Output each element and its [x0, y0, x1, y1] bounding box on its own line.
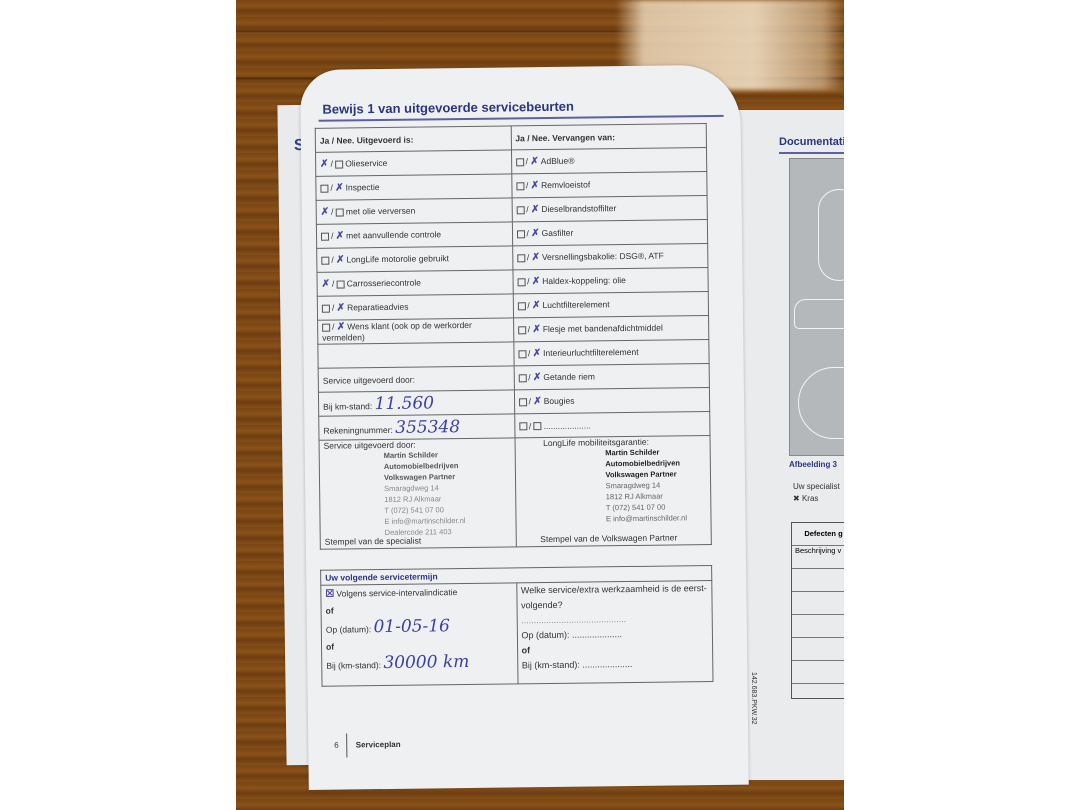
checked-no-icon[interactable]: ✗ [336, 254, 345, 265]
checked-no-icon[interactable]: ✗ [335, 182, 344, 193]
item-label: Olieservice [345, 158, 387, 169]
checkbox-yes[interactable] [518, 326, 526, 334]
item-label: Haldex-koppeling: olie [542, 275, 626, 286]
checked-no-icon[interactable]: ✗ [533, 348, 542, 359]
invoice-cell: Rekeningnummer: 355348 [319, 414, 515, 440]
next-question: Welke service/extra werkzaamheid is de e… [521, 581, 708, 613]
next-service-right: Welke service/extra werkzaamheid is de e… [516, 581, 713, 684]
item-label: Inspectie [346, 182, 380, 192]
date-row: Op (datum): 01-05-16 [326, 617, 513, 638]
legend-kras: ✖ Kras [793, 494, 818, 503]
item-label: met olie verversen [346, 206, 416, 217]
checkbox-yes[interactable] [519, 423, 527, 431]
checkbox-yes[interactable] [322, 304, 330, 312]
stamp-city: 1812 RJ Alkmaar [606, 492, 663, 502]
item-label: Versnellingsbakolie: DSG®, ATF [542, 251, 664, 262]
stamp-name: Martin Schilder [384, 450, 438, 460]
replaced-item: / ✗LongLife motorolie gebruikt [317, 246, 513, 272]
item-label: Dieselbrandstoffilter [541, 203, 616, 214]
car-side-outline [794, 299, 844, 329]
checkbox-yes[interactable] [519, 398, 527, 406]
service-by-label: Service uitgevoerd door: [323, 374, 415, 385]
right-km-label: Bij (km-stand): .................... [522, 656, 709, 673]
defects-row [792, 615, 844, 638]
right-title-rule [779, 152, 844, 154]
item-label: Bougies [544, 396, 575, 406]
replaced-item: / ✗Bougies [514, 388, 710, 414]
service-record-page: Bewijs 1 van uitgevoerde servicebeurten … [300, 65, 749, 790]
item-label: Reparatieadvies [347, 302, 409, 313]
checkbox-yes[interactable] [322, 323, 330, 331]
page-footer: 6Serviceplan [334, 733, 401, 758]
checkbox-yes[interactable] [321, 256, 329, 264]
checked-no-icon[interactable]: ✗ [337, 321, 346, 332]
checkbox-yes[interactable] [320, 184, 328, 192]
replaced-item: / ✗Interieurluchtfilterelement [513, 340, 709, 366]
checked-no-icon[interactable]: ✗ [337, 302, 346, 313]
checked-no-icon[interactable]: ✗ [533, 372, 542, 383]
footer-divider [347, 733, 348, 757]
next-service-table: Uw volgende servicetermijn ☒Volgens serv… [320, 565, 713, 687]
stamp-street: Smaragdweg 14 [384, 483, 439, 493]
defects-row [792, 661, 844, 684]
checkbox-yes[interactable] [516, 158, 524, 166]
right-page-title: Documentati [779, 136, 844, 148]
km-cell: Bij km-stand: 11.560 [318, 390, 514, 416]
page-title: Bewijs 1 van uitgevoerde servicebeurten [322, 99, 574, 117]
interval-label: Volgens service-intervalindicatie [336, 587, 457, 598]
invoice-label: Rekeningnummer: [323, 424, 393, 435]
defects-row [792, 592, 844, 615]
checked-yes-icon[interactable]: ✗ [322, 279, 331, 290]
car-front-outline [798, 367, 844, 439]
stamp-street: Smaragdweg 14 [606, 481, 661, 491]
stamp-name: Martin Schilder [605, 448, 659, 458]
car-damage-figure [789, 158, 844, 456]
performed-header: Ja / Nee. Uitgevoerd is: [315, 126, 511, 152]
checkbox-yes[interactable] [516, 230, 524, 238]
checkbox-yes[interactable] [321, 232, 329, 240]
replaced-item: / ✗Wens klant (ook op de werkorder verme… [318, 318, 514, 344]
checkbox-yes[interactable] [516, 182, 524, 190]
checkbox-no[interactable] [337, 280, 345, 288]
checkbox-yes[interactable] [518, 374, 526, 382]
checkbox-no[interactable] [336, 208, 344, 216]
item-label: Interieurluchtfilterelement [543, 347, 639, 358]
car-top-outline [818, 189, 844, 281]
stamp-company: Automobielbedrijven [384, 461, 459, 471]
replaced-header: Ja / Nee. Vervangen van: [511, 124, 707, 150]
figure-caption: Afbeelding 3 [789, 460, 837, 469]
checkbox-no[interactable] [534, 422, 542, 430]
stamp-email: E info@martinschilder.nl [384, 516, 465, 526]
item-label: Gasfilter [542, 228, 574, 238]
replaced-item: / ✗Flesje met bandenafdichtmiddel [513, 316, 709, 342]
checkbox-yes[interactable] [516, 206, 524, 214]
checked-no-icon[interactable]: ✗ [531, 228, 540, 239]
checked-yes-icon[interactable]: ✗ [320, 159, 329, 170]
next-km-label: Bij (km-stand): [326, 660, 381, 671]
specialist-text: Uw specialist [793, 482, 840, 491]
item-label: met aanvullende controle [346, 229, 441, 240]
replaced-item: / ✗Remvloeistof [511, 172, 707, 198]
item-label: Getande riem [543, 371, 595, 382]
checked-no-icon[interactable]: ✗ [533, 396, 542, 407]
cross-icon: ✖ [793, 494, 802, 503]
stamp-company: Automobielbedrijven [605, 458, 680, 468]
checked-no-icon[interactable]: ✗ [531, 252, 540, 263]
checkbox-yes[interactable] [518, 350, 526, 358]
km-row: Bij (km-stand): 30000 km [326, 653, 513, 674]
replaced-item: / ✗Versnellingsbakolie: DSG®, ATF [512, 244, 708, 270]
checkbox-yes[interactable] [517, 278, 525, 286]
replaced-item: ✗/ Olieservice [316, 150, 512, 176]
stamp-phone: T (072) 541 07 00 [384, 505, 444, 515]
checked-yes-icon[interactable]: ✗ [321, 207, 330, 218]
date-label: Op (datum): [326, 624, 371, 635]
vw-partner-stamp: Martin Schilder Automobielbedrijven Volk… [519, 446, 706, 525]
replaced-item [318, 342, 514, 368]
checked-no-icon[interactable]: ✗ [336, 230, 345, 241]
checked-no-icon[interactable]: ✗ [532, 324, 541, 335]
replaced-item: ✗/ Carrosseriecontrole [317, 270, 513, 296]
item-label: Luchtfilterelement [542, 299, 609, 310]
stamp-city: 1812 RJ Alkmaar [384, 494, 441, 504]
replaced-item: / ✗Inspectie [316, 174, 512, 200]
defects-description: Beschrijving v [792, 546, 844, 569]
checked-no-icon[interactable]: ✗ [532, 276, 541, 287]
replaced-item: / ✗met aanvullende controle [316, 222, 512, 248]
legend-kras-label: Kras [802, 494, 818, 503]
checkbox-yes[interactable] [517, 254, 525, 262]
invoice-value: 355348 [395, 417, 460, 438]
stamp-partner: Volkswagen Partner [605, 469, 676, 479]
replaced-item: / ✗Getande riem [514, 364, 710, 390]
checked-no-icon[interactable]: ✗ [532, 300, 541, 311]
vw-stamp-label: Stempel van de Volkswagen Partner [540, 532, 677, 544]
defects-row [792, 569, 844, 592]
specialist-stamp-cell: Service uitgevoerd door: Martin Schilder… [319, 438, 516, 549]
next-km-value: 30000 km [383, 652, 469, 673]
next-service-left: ☒Volgens service-intervalindicatie of Op… [321, 583, 518, 686]
footer-title: Serviceplan [356, 740, 401, 750]
replaced-item: ✗/ met olie verversen [316, 198, 512, 224]
service-by-cell: Service uitgevoerd door: [318, 366, 514, 392]
item-label: LongLife motorolie gebruikt [346, 253, 449, 264]
item-label: Remvloeistof [541, 179, 590, 190]
replaced-item: / ✗Haldex-koppeling: olie [512, 268, 708, 294]
check-x-icon: ☒ [325, 589, 334, 600]
date-value: 01-05-16 [373, 616, 450, 637]
defects-row [792, 638, 844, 661]
replaced-item: / ✗Luchtfilterelement [513, 292, 709, 318]
specialist-stamp: Martin Schilder Automobielbedrijven Volk… [324, 448, 512, 538]
replaced-item: / ✗Gasfilter [512, 220, 708, 246]
stamp-phone: T (072) 541 07 00 [606, 503, 666, 513]
defects-header: Defecten g [792, 523, 844, 546]
km-label: Bij km-stand: [323, 401, 372, 412]
stamp-partner: Volkswagen Partner [384, 472, 455, 482]
checkbox-no[interactable] [335, 160, 343, 168]
checkbox-yes[interactable] [517, 302, 525, 310]
specialist-stamp-label: Stempel van de specialist [325, 536, 422, 547]
item-label: AdBlue® [541, 156, 575, 166]
km-value: 11.560 [374, 393, 434, 414]
replaced-item: / ✗AdBlue® [511, 148, 707, 174]
wooden-table-photo: S Documentati Afbeelding 3 Uw specialist… [236, 0, 844, 810]
document-code: 142.683.PKW.32 [750, 672, 757, 725]
vw-partner-stamp-cell: LongLife mobiliteitsgarantie: Martin Sch… [515, 436, 712, 547]
item-label: Carrosseriecontrole [347, 278, 421, 289]
page-number: 6 [334, 741, 339, 750]
service-form-table: Ja / Nee. Uitgevoerd is: Ja / Nee. Verva… [315, 123, 712, 550]
stamp-email: E info@martinschilder.nl [606, 513, 687, 523]
checked-no-icon[interactable]: ✗ [530, 156, 539, 167]
checked-no-icon[interactable]: ✗ [531, 180, 540, 191]
item-label: Flesje met bandenafdichtmiddel [543, 323, 663, 334]
replaced-item: / ✗Reparatieadvies [317, 294, 513, 320]
checked-no-icon[interactable]: ✗ [531, 204, 540, 215]
replaced-item: / ✗Dieselbrandstoffilter [512, 196, 708, 222]
item-label: .................... [544, 420, 591, 431]
replaced-item: / .................... [514, 412, 710, 438]
defects-table: Defecten g Beschrijving v [791, 522, 844, 699]
